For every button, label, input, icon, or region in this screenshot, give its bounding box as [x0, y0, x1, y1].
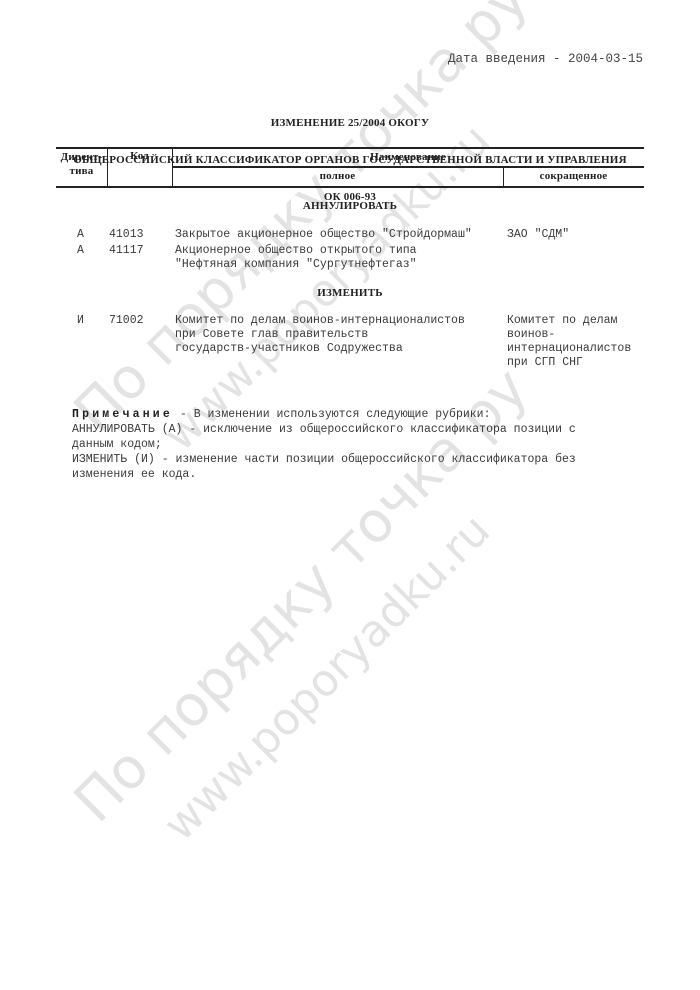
short-name-line: Комитет по делам: [507, 314, 631, 328]
row-full-name: Закрытое акционерное общество "Стройдорм…: [175, 228, 472, 242]
header-short-name: сокращенное: [503, 170, 644, 182]
header-name: Наименование: [172, 151, 644, 163]
short-name-line: при СГП СНГ: [507, 356, 631, 370]
row-full-name: Акционерное общество открытого типа "Неф…: [175, 244, 417, 272]
row-short-name: Комитет по делам воинов- интернационалис…: [507, 314, 631, 370]
note-line-5: изменения ее кода.: [72, 467, 576, 482]
table-mid-rule: [172, 166, 644, 168]
title-line-1: ИЗМЕНЕНИЕ 25/2004 ОКОГУ: [0, 117, 700, 130]
full-name-line: государств-участников Содружества: [175, 342, 465, 356]
section-title-change: ИЗМЕНИТЬ: [0, 287, 700, 299]
note-block: Примечание - В изменении используются сл…: [72, 407, 576, 482]
row-directive: А: [77, 228, 84, 242]
full-name-line: Комитет по делам воинов-интернационалист…: [175, 314, 465, 328]
note-line-3: данным кодом;: [72, 437, 576, 452]
note-line-2: АННУЛИРОВАТЬ (А) - исключение из общерос…: [72, 422, 576, 437]
short-name-line: интернационалистов: [507, 342, 631, 356]
header-code: Код: [107, 150, 172, 162]
full-name-line: Акционерное общество открытого типа: [175, 244, 417, 258]
header-directive-line-1: Директ-: [56, 150, 107, 164]
note-line-1: Примечание - В изменении используются сл…: [72, 407, 576, 422]
full-name-line: при Совете глав правительств: [175, 328, 465, 342]
row-code: 41117: [109, 244, 144, 258]
header-full-name: полное: [172, 170, 503, 182]
row-full-name: Комитет по делам воинов-интернационалист…: [175, 314, 465, 356]
note-label: Примечание: [72, 408, 173, 421]
row-short-name: ЗАО "СДМ": [507, 228, 569, 242]
row-directive: И: [77, 314, 84, 328]
note-intro: - В изменении используются следующие руб…: [173, 408, 490, 421]
row-code: 71002: [109, 314, 144, 328]
short-name-line: воинов-: [507, 328, 631, 342]
full-name-line: "Нефтяная компания "Сургутнефтегаз": [175, 258, 417, 272]
table-top-rule: [56, 147, 644, 149]
row-code: 41013: [109, 228, 144, 242]
note-line-4: ИЗМЕНИТЬ (И) - изменение части позиции о…: [72, 452, 576, 467]
table-bottom-rule: [56, 186, 644, 188]
header-directive-line-2: тива: [56, 164, 107, 178]
row-directive: А: [77, 244, 84, 258]
introduction-date: Дата введения - 2004-03-15: [448, 52, 643, 66]
section-title-annul: АННУЛИРОВАТЬ: [0, 200, 700, 212]
header-directive: Директ- тива: [56, 150, 107, 178]
